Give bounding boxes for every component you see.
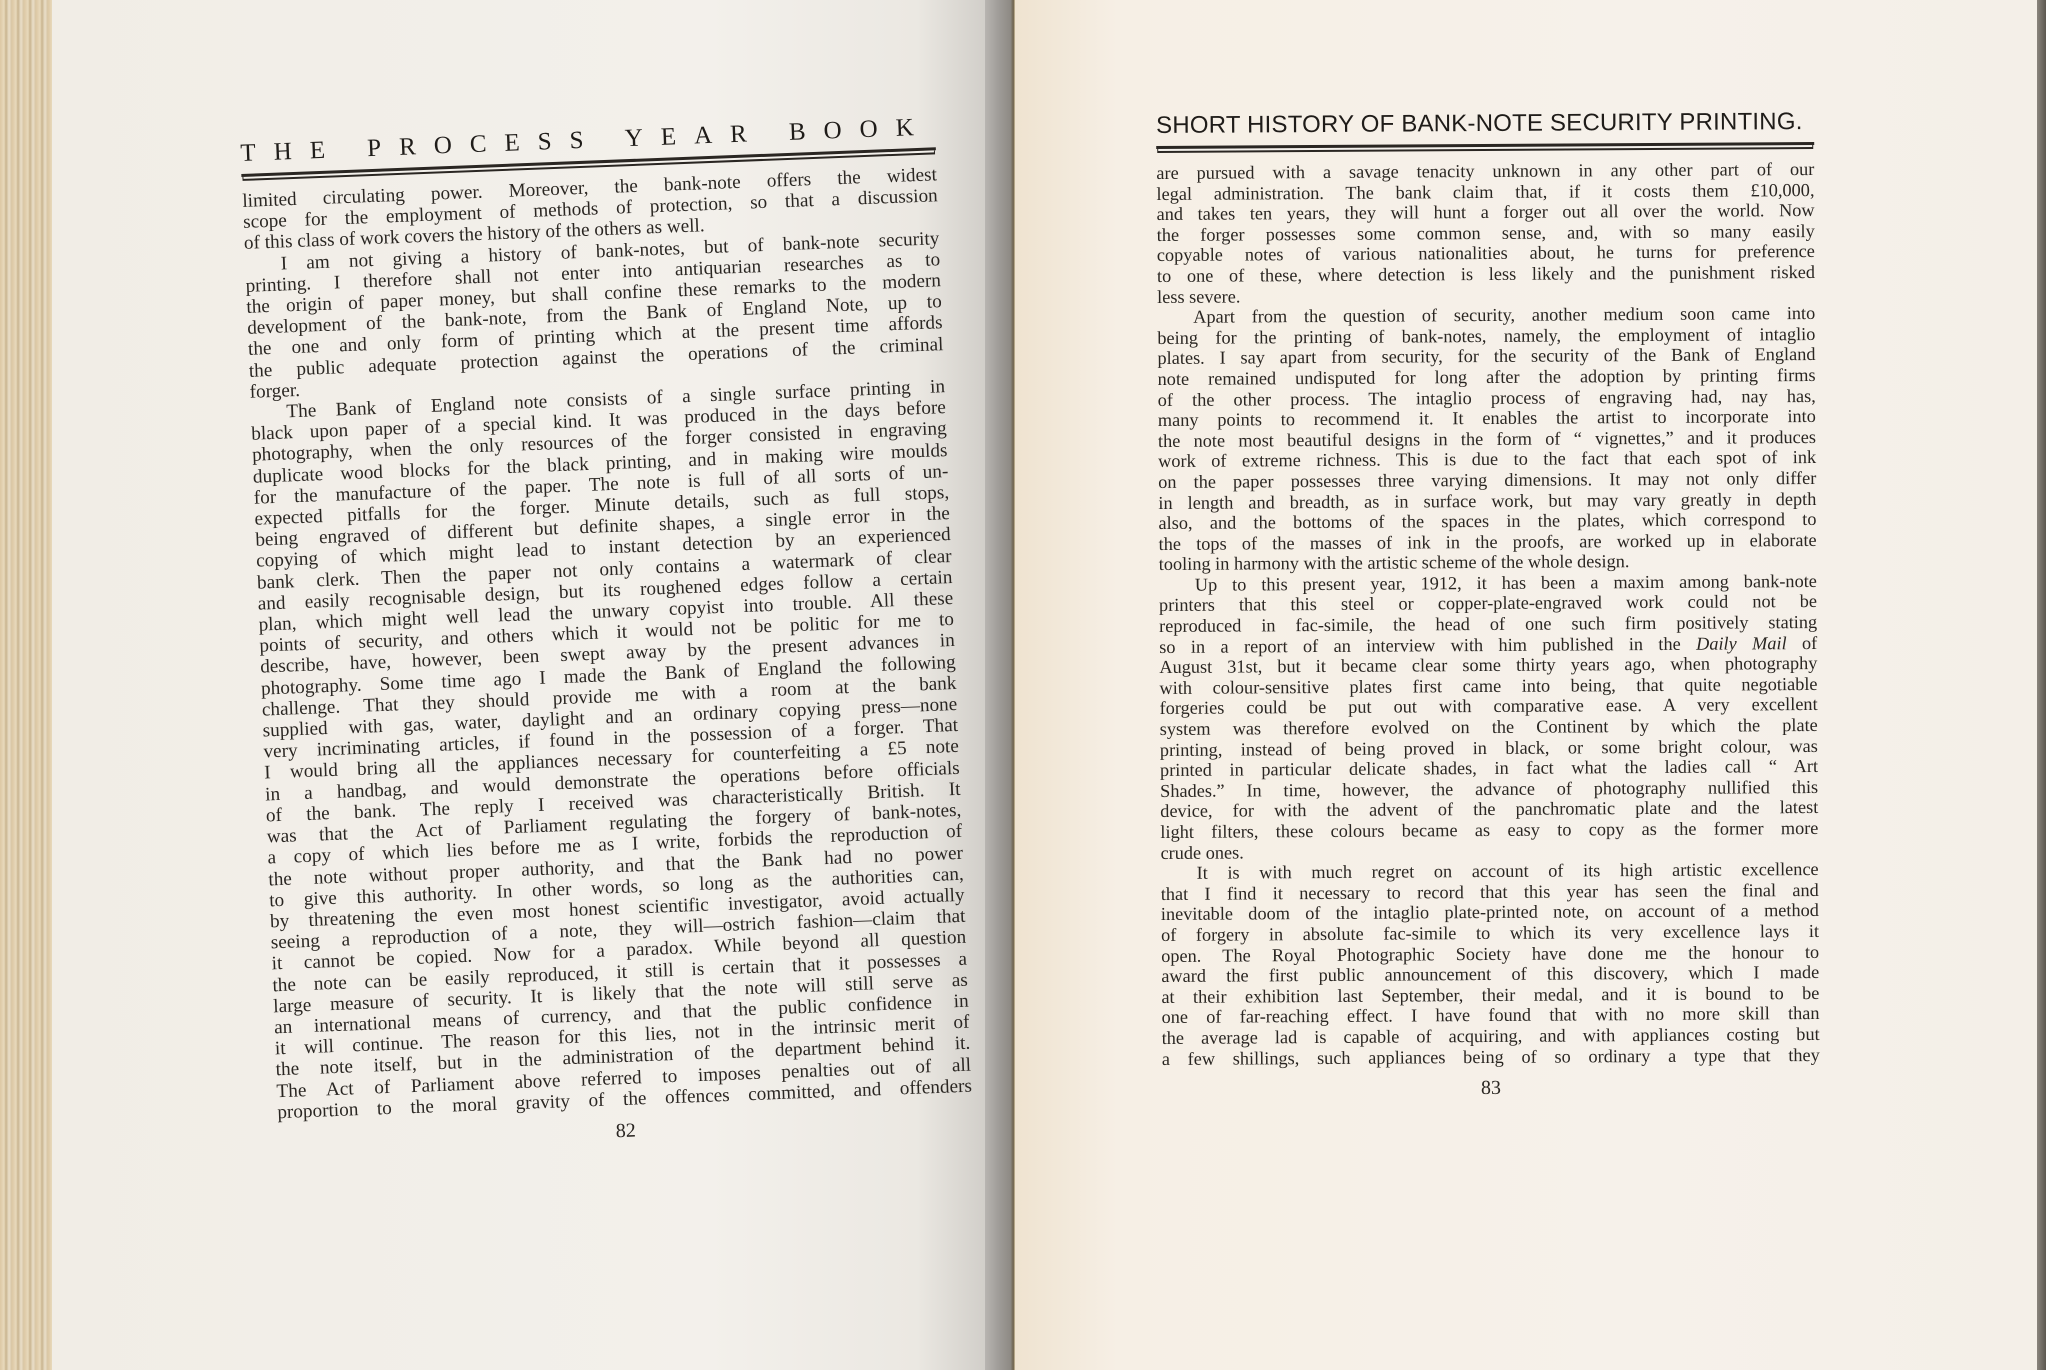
- text-line: the tops of the masses of ink in the pro…: [1159, 530, 1817, 555]
- page-edges: [0, 0, 58, 1370]
- right-page-number: 83: [1162, 1075, 1820, 1102]
- text-line: to one of these, where detection is less…: [1157, 262, 1815, 287]
- right-running-head: SHORT HISTORY OF BANK-NOTE SECURITY PRIN…: [1156, 108, 1814, 149]
- left-page-column: THE PROCESS YEAR BOOK limited circulatin…: [240, 113, 974, 1156]
- text-line: a few shillings, such appliances being o…: [1162, 1044, 1820, 1069]
- text-segment: so in a report of an interview with him …: [1159, 633, 1681, 656]
- right-page-column: SHORT HISTORY OF BANK-NOTE SECURITY PRIN…: [1156, 108, 1820, 1102]
- book-gutter: [985, 0, 1015, 1370]
- text-line: light filters, these colours became as e…: [1160, 818, 1818, 843]
- newspaper-title: Daily Mail: [1696, 633, 1787, 654]
- text-segment: of: [1802, 633, 1817, 653]
- right-body-text: are pursued with a savage tenacity unkno…: [1156, 159, 1820, 1069]
- left-body-text: limited circulating power. Moreover, the…: [242, 164, 972, 1123]
- book-cover-edge: [2037, 0, 2046, 1370]
